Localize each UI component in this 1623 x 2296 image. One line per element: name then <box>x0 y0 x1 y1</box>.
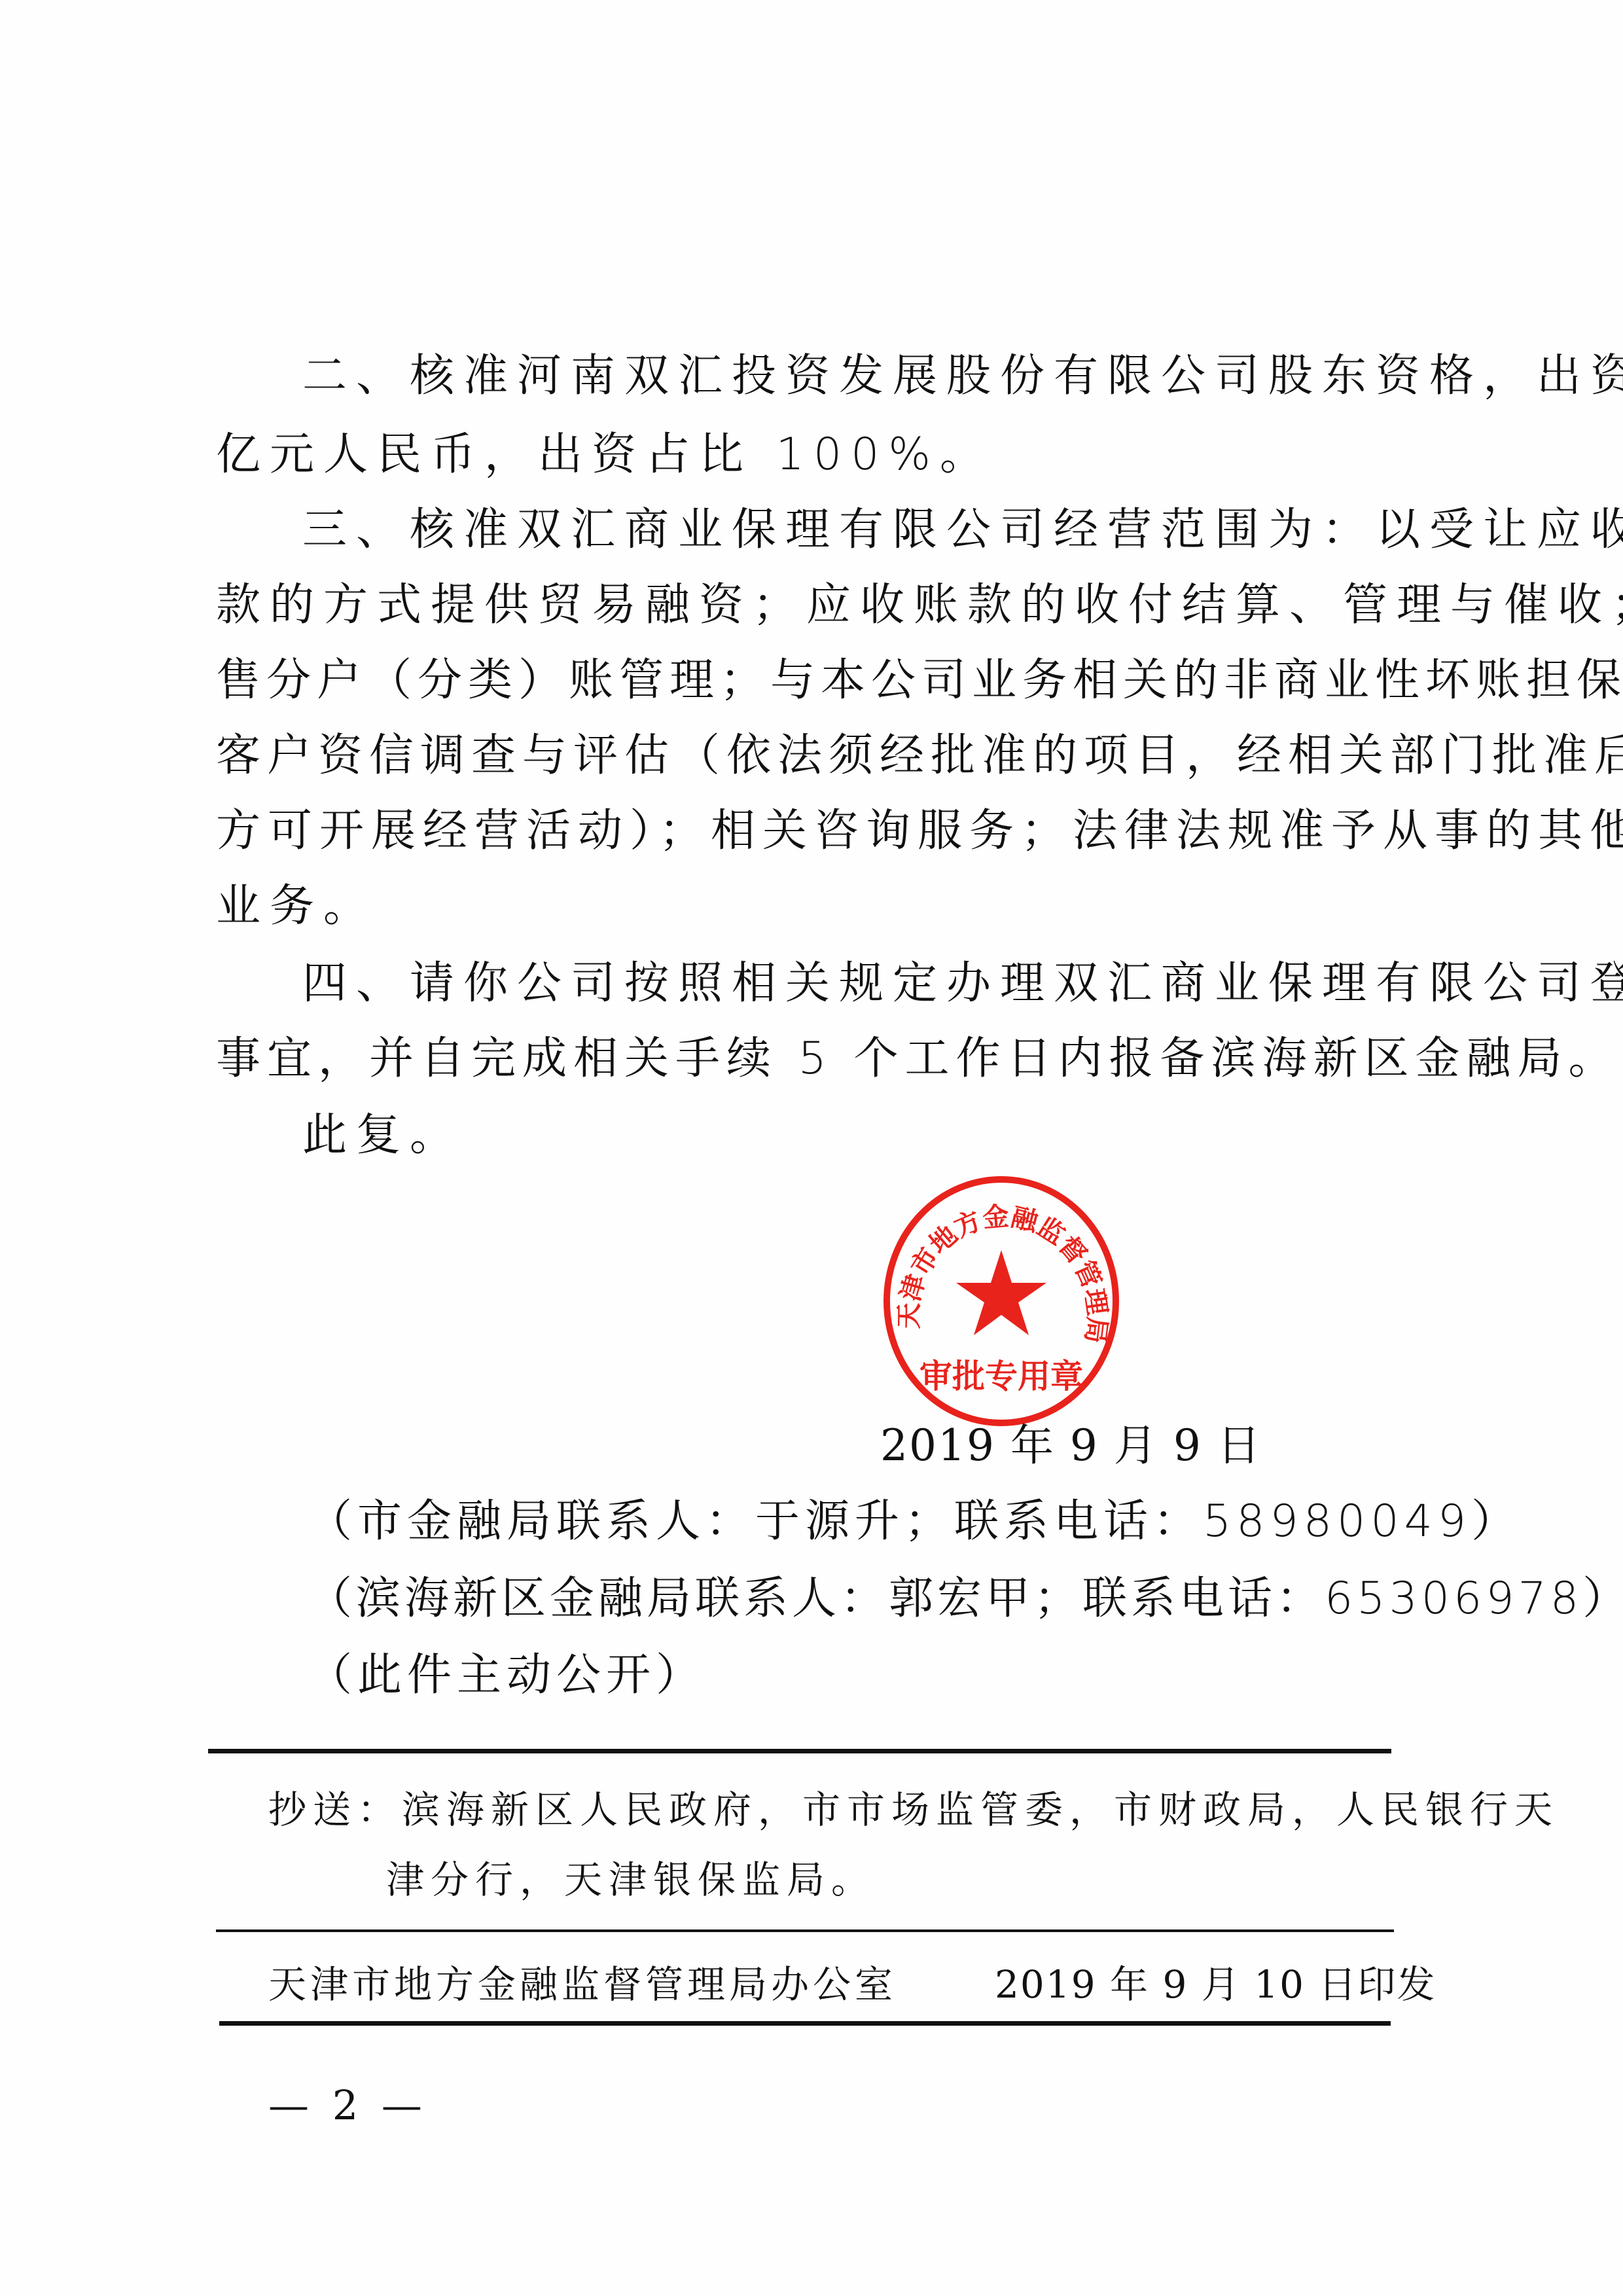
signature-date: 2019 年 9 月 9 日 <box>880 1410 1262 1473</box>
para-4-line-1: 四、请你公司按照相关规定办理双汇商业保理有限公司登记 <box>302 948 1623 1011</box>
footer-print-date: 2019 年 9 月 10 日印发 <box>995 1954 1436 2009</box>
footer-issuer: 天津市地方金融监督管理局办公室 <box>268 1954 897 2009</box>
para-3-line-6: 业务。 <box>216 870 377 934</box>
divider-top <box>208 1749 1391 1753</box>
para-4-line-2: 事宜，并自完成相关手续 5 个工作日内报备滨海新区金融局。 <box>216 1023 1620 1086</box>
star-icon <box>956 1250 1046 1335</box>
contact-city-bureau: （市金融局联系人：于源升；联系电话：58980049） <box>308 1486 1521 1549</box>
para-3-line-2: 款的方式提供贸易融资；应收账款的收付结算、管理与催收；销 <box>216 569 1623 633</box>
para-3-line-5: 方可开展经营活动）；相关咨询服务；法律法规准予从事的其他 <box>216 795 1623 859</box>
stamp-bottom-text: 审批专用章 <box>919 1357 1083 1395</box>
disclosure-note: （此件主动公开） <box>308 1640 705 1703</box>
official-seal-stamp: 天津市地方金融监督管理局 审批专用章 <box>880 1172 1122 1427</box>
closing-text: 此复。 <box>302 1100 463 1163</box>
divider-bottom <box>219 2021 1391 2026</box>
cc-line-1: 抄送：滨海新区人民政府，市市场监管委，市财政局，人民银行天 <box>268 1779 1559 1834</box>
para-2-line-2: 亿元人民币，出资占比 100%。 <box>216 419 993 482</box>
divider-middle <box>216 1929 1394 1932</box>
para-3-line-1: 三、核准双汇商业保理有限公司经营范围为：以受让应收账 <box>302 494 1623 558</box>
cc-line-2: 津分行，天津银保监局。 <box>386 1849 876 1904</box>
para-2-line-1: 二、核准河南双汇投资发展股份有限公司股东资格，出资 1 <box>302 340 1623 404</box>
page-number: — 2 — <box>268 2081 427 2129</box>
para-3-line-4: 客户资信调查与评估（依法须经批准的项目，经相关部门批准后 <box>216 720 1623 783</box>
contact-binhai-bureau: （滨海新区金融局联系人：郭宏甲；联系电话：65306978） <box>308 1563 1623 1626</box>
para-3-line-3: 售分户（分类）账管理；与本公司业务相关的非商业性坏账担保； <box>216 645 1623 708</box>
